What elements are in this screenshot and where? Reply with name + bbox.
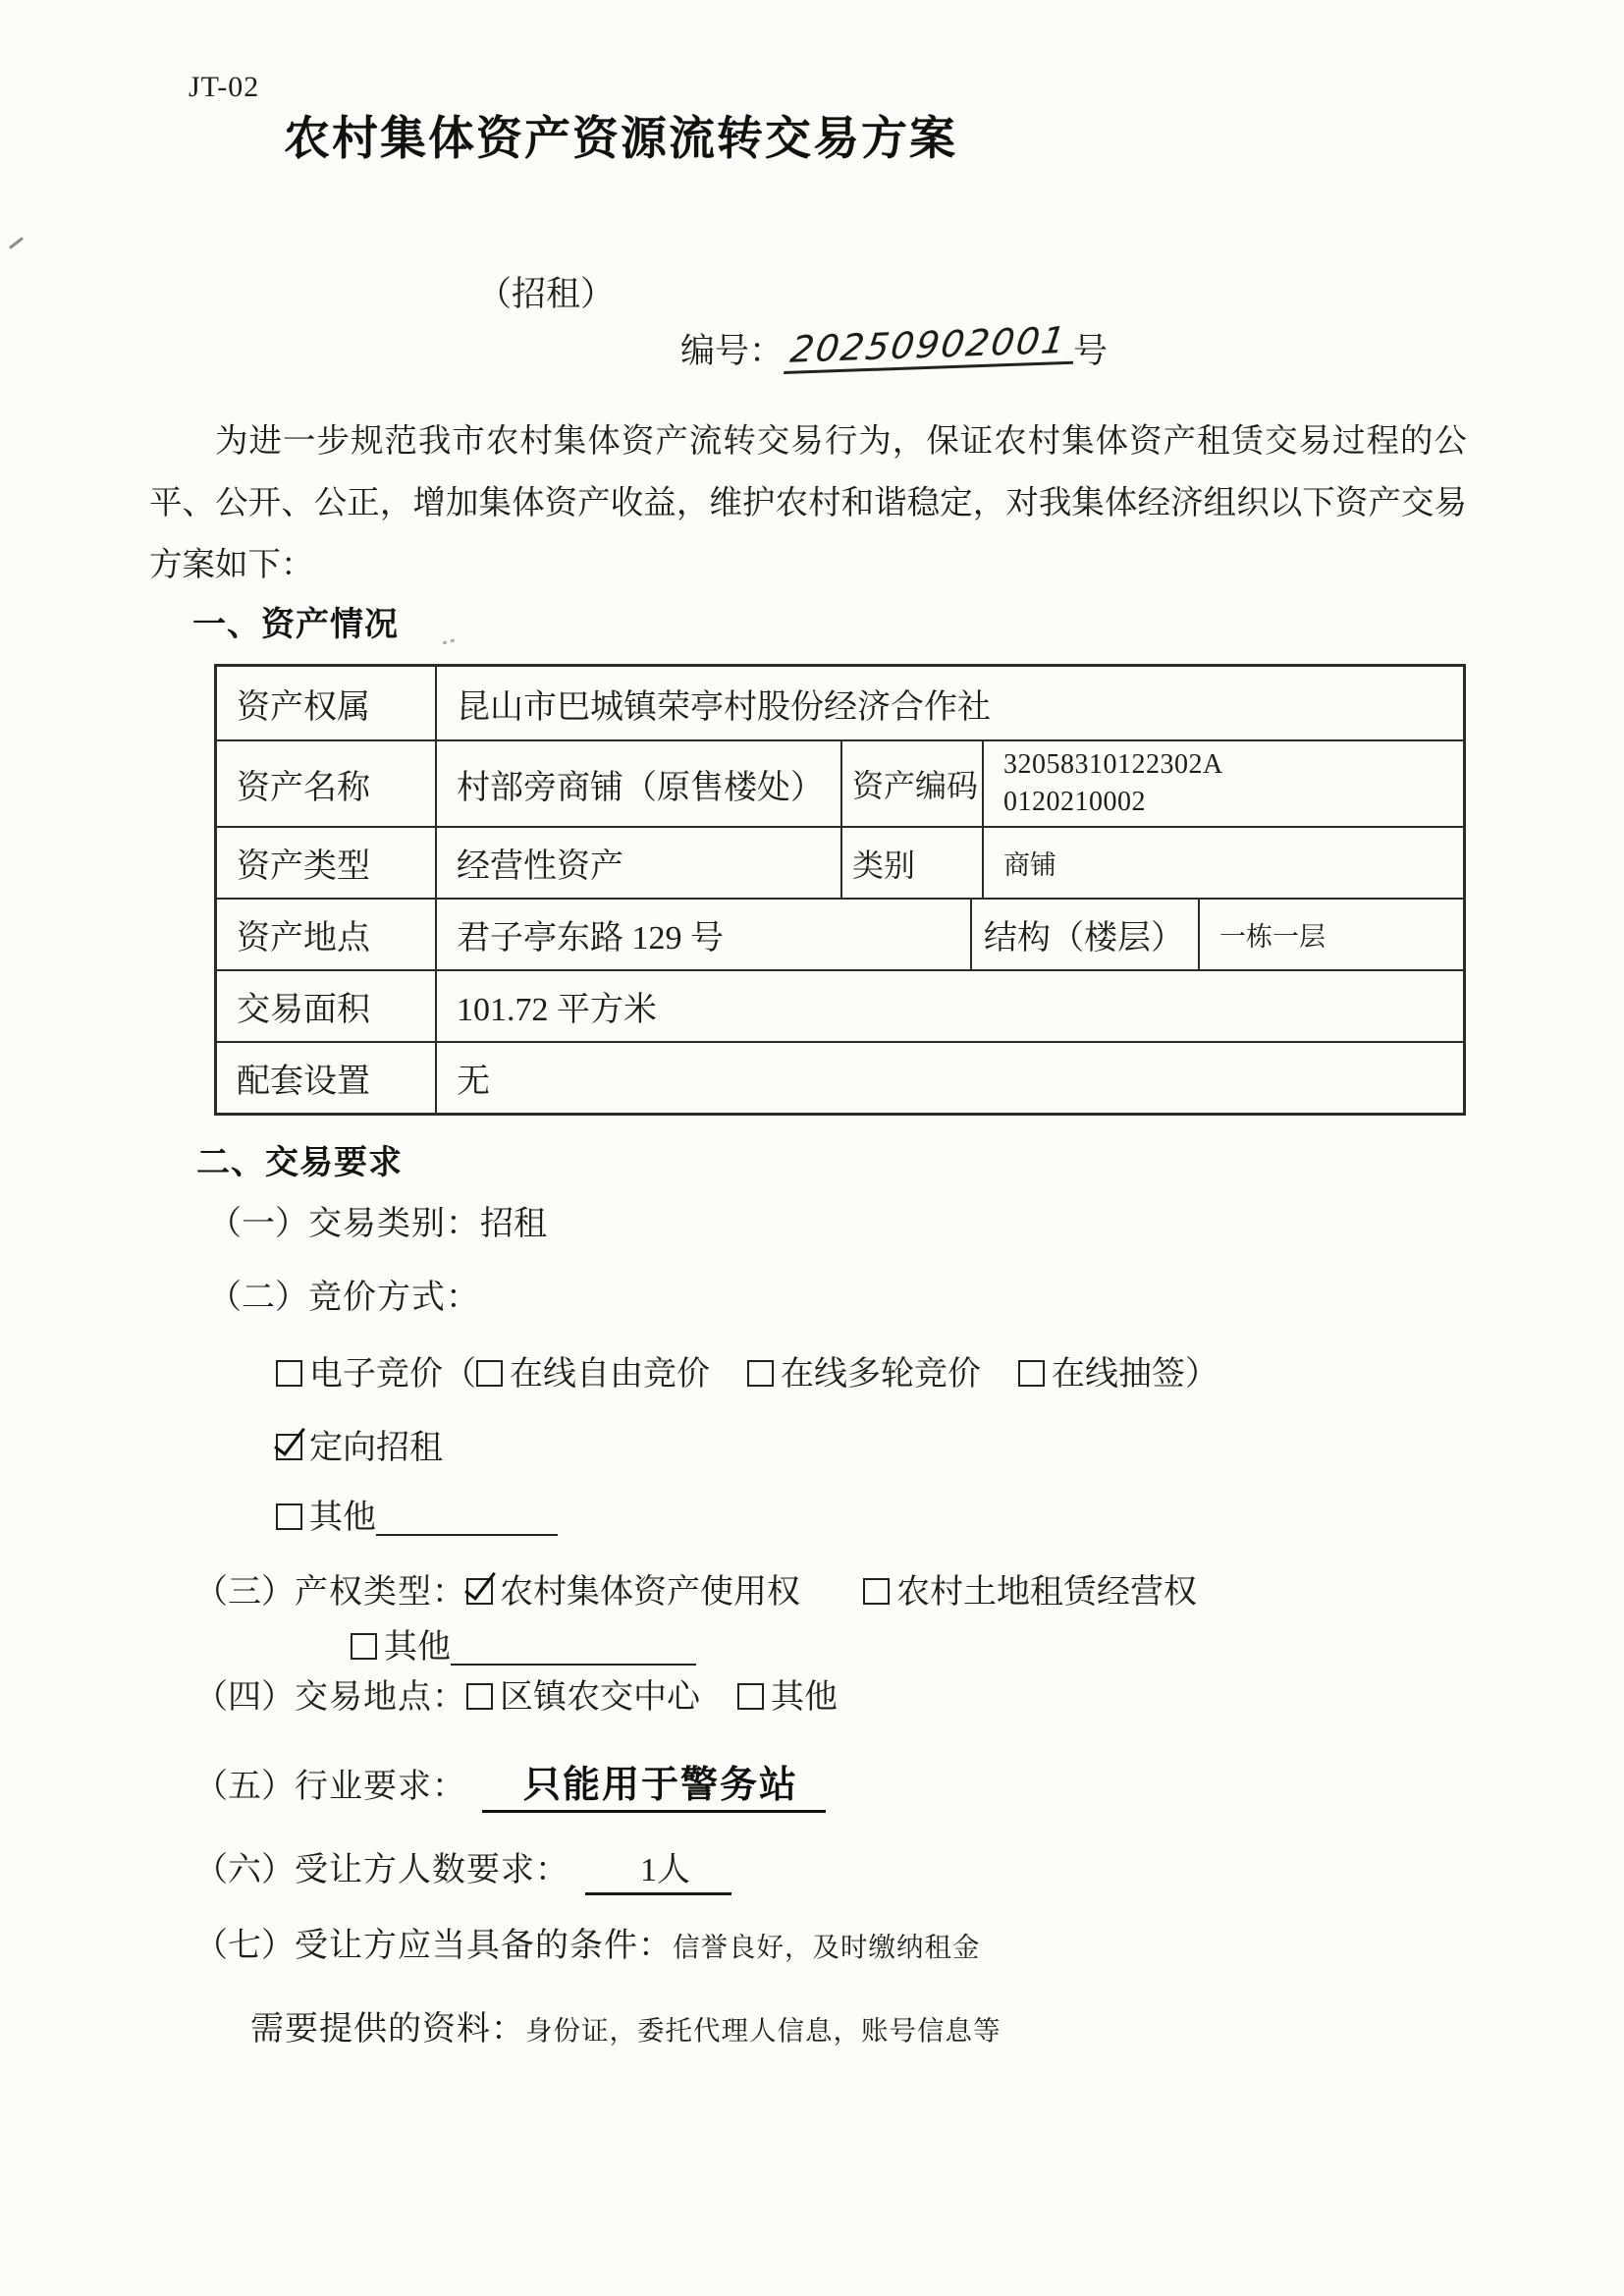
item6-num: （六） (194, 1852, 295, 1888)
item2-num: （二） (208, 1280, 308, 1316)
cell-ownership-value: 昆山市巴城镇荣亭村股份经济合作社 (435, 667, 1463, 739)
item3-label: 产权类型： (295, 1574, 466, 1611)
list-item-industry-requirement: （五）行业要求：只能用于警务站 (194, 1754, 826, 1813)
transferee-count-underline: 1人 (585, 1842, 731, 1895)
document-page: JT-02 农村集体资产资源流转交易方案 （招租） 编号：20250902001… (0, 0, 1624, 2296)
item4-num: （四） (194, 1679, 295, 1716)
cell-asset-type-label: 资产类型 (217, 828, 435, 898)
cell-category-value: 商铺 (982, 828, 1463, 898)
list-item-property-right-type: （三）产权类型：农村集体资产使用权农村土地租赁经营权 (194, 1564, 1197, 1613)
list-item-transferee-count: （六）受让方人数要求：1人 (194, 1842, 731, 1895)
list-item-transaction-category: （一）交易类别：招租 (208, 1196, 547, 1244)
option-venue-other-label: 其他 (771, 1679, 838, 1716)
intro-paragraph: 为进一步规范我市农村集体资产流转交易行为，保证农村集体资产租赁交易过程的公平、公… (149, 410, 1467, 596)
cell-asset-name-value: 村部旁商铺（原售楼处） (435, 741, 840, 826)
option-online-multiround-bidding-label: 在线多轮竞价 (781, 1356, 981, 1393)
cell-facilities-label: 配套设置 (217, 1043, 435, 1113)
section1-heading: 一、资产情况 (192, 597, 399, 645)
required-documents-line: 需要提供的资料：身份证，委托代理人信息，账号信息等 (250, 2001, 1001, 2050)
item2-label: 竞价方式： (308, 1280, 480, 1316)
industry-requirement-value: 只能用于警务站 (523, 1765, 798, 1806)
checkbox-district-agri-exchange-center (466, 1683, 493, 1710)
form-code: JT-02 (189, 71, 259, 104)
pen-mark (9, 237, 24, 249)
checkbox-online-free-bidding (476, 1360, 503, 1387)
cell-category-label: 类别 (840, 828, 982, 898)
asset-table: 资产权属 昆山市巴城镇荣亭村股份经济合作社 资产名称 村部旁商铺（原售楼处） 资… (214, 664, 1466, 1116)
table-row-location: 资产地点 君子亭东路 129 号 结构（楼层） 一栋一层 (217, 898, 1463, 969)
checkbox-online-lottery (1018, 1360, 1045, 1387)
cell-facilities-value: 无 (435, 1043, 1463, 1113)
bidding-option-directed: 定向招租 (276, 1420, 443, 1468)
ink-smudge (441, 632, 455, 645)
required-documents-label: 需要提供的资料： (250, 2011, 525, 2048)
checkbox-property-right-other (351, 1633, 377, 1660)
table-row-area: 交易面积 101.72 平方米 (217, 969, 1463, 1041)
cell-structure-value: 一栋一层 (1198, 900, 1463, 969)
cell-structure-label: 结构（楼层） (970, 900, 1198, 969)
cell-asset-code-label: 资产编码 (840, 741, 982, 826)
serial-line: 编号：20250902001号 (680, 324, 1108, 374)
checkbox-bidding-other (276, 1503, 302, 1530)
cell-asset-name-label: 资产名称 (217, 741, 435, 826)
cell-asset-type-value: 经营性资产 (435, 828, 840, 898)
option-collective-asset-use-right-label: 农村集体资产使用权 (500, 1574, 800, 1611)
option-online-free-bidding-label: 在线自由竞价 (510, 1356, 710, 1393)
item1-value: 招租 (480, 1206, 547, 1242)
doc-title: 农村集体资产资源流转交易方案 (0, 102, 1241, 168)
section2-heading: 二、交易要求 (196, 1135, 403, 1183)
item4-label: 交易地点： (295, 1679, 466, 1716)
item6-label: 受让方人数要求： (295, 1852, 569, 1888)
checkbox-online-multiround-bidding (747, 1360, 774, 1387)
doc-subtitle: （招租） (0, 267, 1092, 316)
checkbox-rural-land-lease-right (863, 1578, 890, 1605)
checkbox-electronic-bidding (276, 1360, 302, 1387)
cell-location-label: 资产地点 (217, 900, 435, 969)
option-directed-leasing-label: 定向招租 (309, 1430, 443, 1466)
bidding-options-line1: 电子竞价（在线自由竞价在线多轮竞价在线抽签） (276, 1346, 1218, 1394)
list-item-bidding-method: （二）竞价方式： (208, 1270, 480, 1318)
option-bidding-other-label: 其他 (309, 1500, 376, 1536)
table-row-asset-name: 资产名称 村部旁商铺（原售楼处） 资产编码 32058310122302A 01… (217, 739, 1463, 826)
option-rural-land-lease-right-label: 农村土地租赁经营权 (896, 1574, 1197, 1611)
checkbox-venue-other (737, 1683, 764, 1710)
cell-asset-code-value: 32058310122302A 0120210002 (982, 741, 1463, 826)
cell-area-label: 交易面积 (217, 971, 435, 1041)
serial-label: 编号： (680, 332, 784, 370)
item7-num: （七） (194, 1928, 295, 1964)
transferee-count-value: 1人 (640, 1852, 690, 1888)
industry-requirement-underline: 只能用于警务站 (482, 1754, 826, 1813)
property-right-other-line: 其他 (351, 1619, 696, 1667)
bidding-other-blank-line (376, 1499, 558, 1536)
checkbox-directed-leasing-checked (276, 1434, 302, 1460)
item5-num: （五） (194, 1769, 295, 1805)
item1-num: （一） (208, 1206, 308, 1242)
table-row-facilities: 配套设置 无 (217, 1041, 1463, 1113)
option-district-agri-exchange-center-label: 区镇农交中心 (500, 1679, 700, 1716)
item5-label: 行业要求： (295, 1769, 466, 1805)
property-right-other-blank-line (451, 1628, 696, 1666)
item1-label: 交易类别： (308, 1206, 480, 1242)
serial-number-handwritten: 20250902001 (784, 318, 1079, 374)
table-row-asset-type: 资产类型 经营性资产 类别 商铺 (217, 826, 1463, 898)
cell-area-value: 101.72 平方米 (435, 971, 1463, 1041)
cell-location-value: 君子亭东路 129 号 (435, 900, 970, 969)
table-row-ownership: 资产权属 昆山市巴城镇荣亭村股份经济合作社 (217, 667, 1463, 739)
bidding-option-other: 其他 (276, 1490, 558, 1538)
list-item-transaction-venue: （四）交易地点：区镇农交中心其他 (194, 1669, 838, 1718)
item7-label: 受让方应当具备的条件： (295, 1928, 673, 1964)
list-item-transferee-conditions: （七）受让方应当具备的条件：信誉良好，及时缴纳租金 (194, 1918, 981, 1966)
option-electronic-bidding-label: 电子竞价（ (309, 1356, 476, 1393)
required-documents-value: 身份证，委托代理人信息，账号信息等 (525, 2015, 1001, 2046)
option-property-right-other-label: 其他 (384, 1629, 451, 1666)
transferee-conditions-value: 信誉良好，及时缴纳租金 (673, 1932, 981, 1962)
serial-suffix: 号 (1073, 332, 1108, 370)
option-online-lottery-label: 在线抽签） (1052, 1356, 1218, 1393)
cell-ownership-label: 资产权属 (217, 667, 435, 739)
item3-num: （三） (194, 1574, 295, 1611)
checkbox-collective-asset-use-right-checked (466, 1578, 493, 1605)
